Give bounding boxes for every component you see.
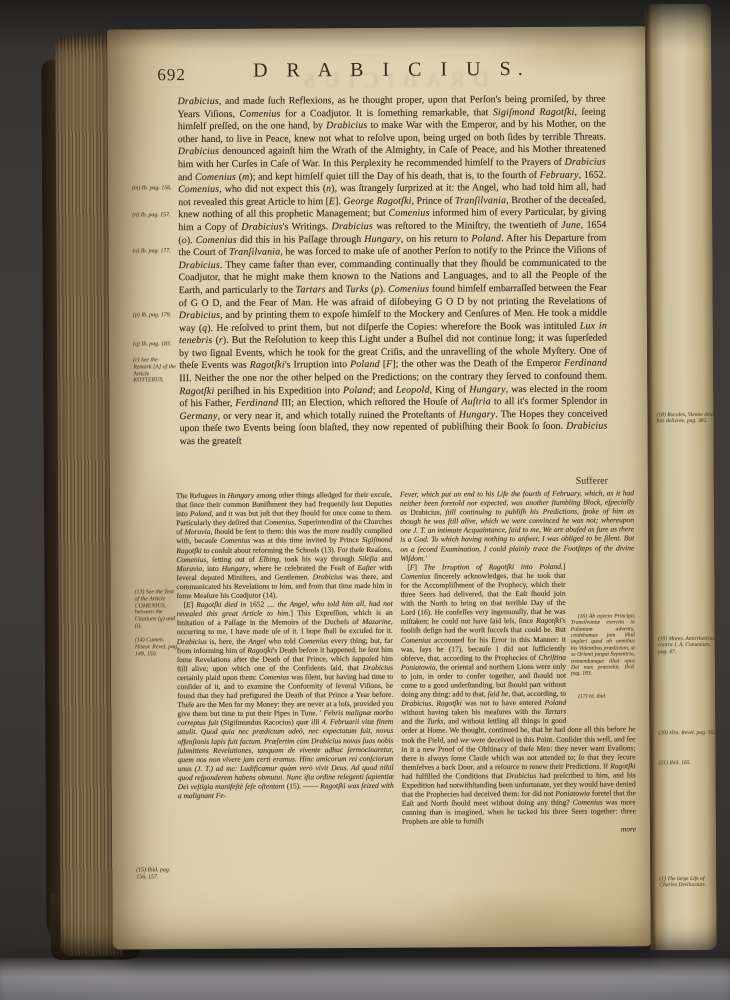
sidenote-q: (q) Ib. pag. 183.: [133, 341, 177, 348]
sidenote-20: (20) Hist. Revel. pag. 162.: [658, 730, 716, 737]
sidenote-14: (14) Comen. Histor. Revel. pag. 149, 150…: [135, 637, 179, 658]
book-page: DRABICIUS 692 D R A B I C I U S. Drabici…: [107, 26, 651, 949]
sidenote-13: (13) See the Text of the Article COMENIU…: [135, 589, 179, 630]
footnote-paragraph: [E] Ragotſki died in 1652 .... the Angel…: [177, 599, 394, 800]
sidenote-17: (17) Id. ibid.: [571, 693, 635, 700]
next-page-edge: (18) Rocoles, Vienne deux fois delivrée,…: [645, 4, 717, 950]
footnote-paragraph: The Refugees in Hungary among other thin…: [176, 490, 393, 600]
sidenote-16: (16) Ab injecto Principis Transilvaniæ e…: [571, 613, 635, 677]
sidenote-18: (18) Rocoles, Vienne deux fois delivrée,…: [656, 412, 716, 425]
footnote-left-column: The Refugees in Hungary among other thin…: [176, 490, 395, 943]
book-photograph: DRABICIUS 692 D R A B I C I U S. Drabici…: [0, 0, 730, 1000]
sidenote-15: (15) Ibid. pag. 156, 157.: [136, 867, 180, 881]
sidenote-19: (19) Mares. Antirrheticus contra J. A. C…: [658, 636, 717, 656]
footnote-columns: The Refugees in Hungary among other thin…: [176, 488, 637, 943]
footnote-paragraph: Fever, which put an end to his Life the …: [400, 488, 634, 562]
open-book: DRABICIUS 692 D R A B I C I U S. Drabici…: [0, 0, 730, 1000]
footnote-paragraph: (16) Ab injecto Principis Transilvaniæ e…: [400, 561, 636, 826]
sidenote-m: (m) Ib. pag. 156.: [132, 185, 176, 192]
catchword-footnotes: more: [402, 825, 636, 836]
catchword: Sufferer: [576, 476, 608, 487]
sidenote-p: (p) Ib. pag. 179.: [133, 312, 177, 319]
sidenote-r: (r) See the Remark [A] of the Article KO…: [133, 357, 177, 384]
sidenote-n: (n) Ib. pag. 157.: [132, 212, 176, 219]
inner-sidenotes: (16) Ab injecto Principis Transilvaniæ e…: [571, 613, 636, 716]
article-title: D R A B I C I U S.: [177, 58, 605, 84]
footnote-right-column: Fever, which put an end to his Life the …: [400, 488, 637, 941]
sidenote-21: (21) Ibid. 165.: [659, 760, 717, 767]
sidenote-1: (1) The large Life of Charles Drelincour…: [659, 876, 716, 889]
sidenote-o: (o) Ib. pag. 177.: [132, 248, 176, 255]
main-text: Drabicius, and made ſuch Reflexions, as …: [178, 94, 608, 449]
